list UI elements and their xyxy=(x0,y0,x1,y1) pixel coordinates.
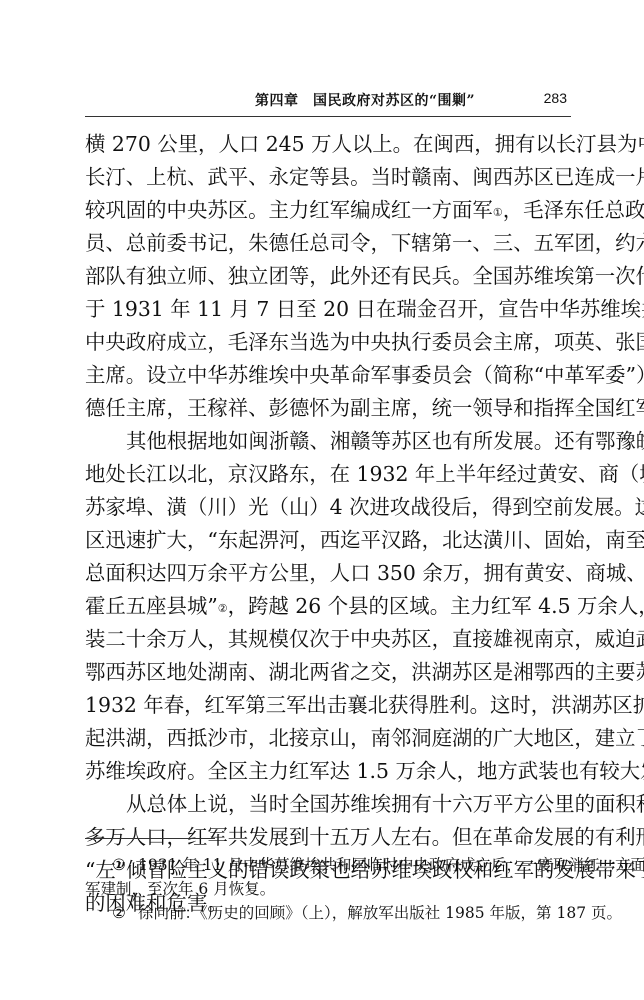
footnote-ref-2[interactable]: ② xyxy=(218,602,228,615)
text-line: 部队有独立师、独立团等，此外还有民兵。全国苏维埃第一次代表大会 xyxy=(85,260,571,293)
paragraph-start-line: 从总体上说，当时全国苏维埃拥有十六万平方公里的面积和一千 xyxy=(85,788,571,821)
chapter-title: 第四章 国民政府对苏区的“围剿” xyxy=(255,90,475,110)
text-line: 中央政府成立，毛泽东当选为中央执行委员会主席，项英、张国焘为副 xyxy=(85,326,571,359)
text-line: 德任主席，王稼祥、彭德怀为副主席，统一领导和指挥全国红军。 xyxy=(85,392,571,425)
text-line: 装二十余万人，其规模仅次于中央苏区，直接雄视南京，威迫武汉。湘 xyxy=(85,623,571,656)
running-header: 第四章 国民政府对苏区的“围剿” 283 xyxy=(85,90,571,112)
text-line: 横 270 公里，人口 245 万人以上。在闽西，拥有以长汀县为中心，包括 xyxy=(85,128,571,161)
page-number: 283 xyxy=(544,90,567,106)
footnotes: ①1931 年 11 月中华苏维埃共和国临时中央政府成立后，一度取消红一方面 军… xyxy=(85,853,571,925)
text-line: 霍丘五座县城”②，跨越 26 个县的区域。主力红军 4.5 万余人，地方武 xyxy=(85,590,571,623)
text-line: 苏维埃政府。全区主力红军达 1.5 万余人，地方武装也有较大发展。 xyxy=(85,755,571,788)
footnote-2: ②徐向前：《历史的回顾》（上），解放军出版社 1985 年版，第 187 页。 xyxy=(85,901,571,925)
text-line: 1932 年春，红军第三军出击襄北获得胜利。这时，洪湖苏区扩大到东 xyxy=(85,689,571,722)
footnote-ref-1[interactable]: ① xyxy=(493,206,503,219)
text-span: 霍丘五座县城” xyxy=(85,594,218,618)
footnote-2-text: 徐向前：《历史的回顾》（上），解放军出版社 1985 年版，第 187 页。 xyxy=(138,904,622,922)
text-line: 地处长江以北，京汉路东，在 1932 年上半年经过黄安、商（城）潢（川）、 xyxy=(85,458,571,491)
body-text: 横 270 公里，人口 245 万人以上。在闽西，拥有以长汀县为中心，包括 长汀… xyxy=(85,128,571,920)
paragraph-start-line: 其他根据地如闽浙赣、湘赣等苏区也有所发展。还有鄂豫皖苏区， xyxy=(85,425,571,458)
footnote-1: ①1931 年 11 月中华苏维埃共和国临时中央政府成立后，一度取消红一方面 xyxy=(85,853,571,877)
text-line: 苏家埠、潢（川）光（山）4 次进攻战役后，得到空前发展。这时鄂豫皖苏 xyxy=(85,491,571,524)
text-line: 主席。设立中华苏维埃中央革命军事委员会（简称“中革军委”），由朱 xyxy=(85,359,571,392)
text-line: 总面积达四万余平方公里，人口 350 余万，拥有黄安、商城、英山、罗田、 xyxy=(85,557,571,590)
text-line: 较巩固的中央苏区。主力红军编成红一方面军①，毛泽东任总政治委 xyxy=(85,194,571,227)
text-line: 起洪湖，西抵沙市，北接京山，南邻洞庭湖的广大地区，建立了十五个县 xyxy=(85,722,571,755)
text-line: 鄂西苏区地处湖南、湖北两省之交，洪湖苏区是湘鄂西的主要苏区。 xyxy=(85,656,571,689)
footnote-marker-1: ① xyxy=(112,853,138,877)
text-line: 长汀、上杭、武平、永定等县。当时赣南、闽西苏区已连成一片，成为比 xyxy=(85,161,571,194)
text-span: ，毛泽东任总政治委 xyxy=(503,198,644,222)
footnote-rule xyxy=(85,838,215,839)
text-span: 较巩固的中央苏区。主力红军编成红一方面军 xyxy=(85,198,493,222)
text-line: 于 1931 年 11 月 7 日至 20 日在瑞金召开，宣告中华苏维埃共和国临… xyxy=(85,293,571,326)
footnote-marker-2: ② xyxy=(112,901,138,925)
header-rule xyxy=(85,116,571,117)
text-span: ，跨越 26 个县的区域。主力红军 4.5 万余人，地方武 xyxy=(228,594,644,618)
text-line: 区迅速扩大，“东起淠河，西迄平汉路，北达潢川、固始，南至黄梅、广济， xyxy=(85,524,571,557)
footnote-1-continued: 军建制，至次年 6 月恢复。 xyxy=(85,877,571,901)
text-line: 员、总前委书记，朱德任总司令，下辖第一、三、五军团，约六万人。地方 xyxy=(85,227,571,260)
footnote-1-text: 1931 年 11 月中华苏维埃共和国临时中央政府成立后，一度取消红一方面 xyxy=(138,856,644,874)
